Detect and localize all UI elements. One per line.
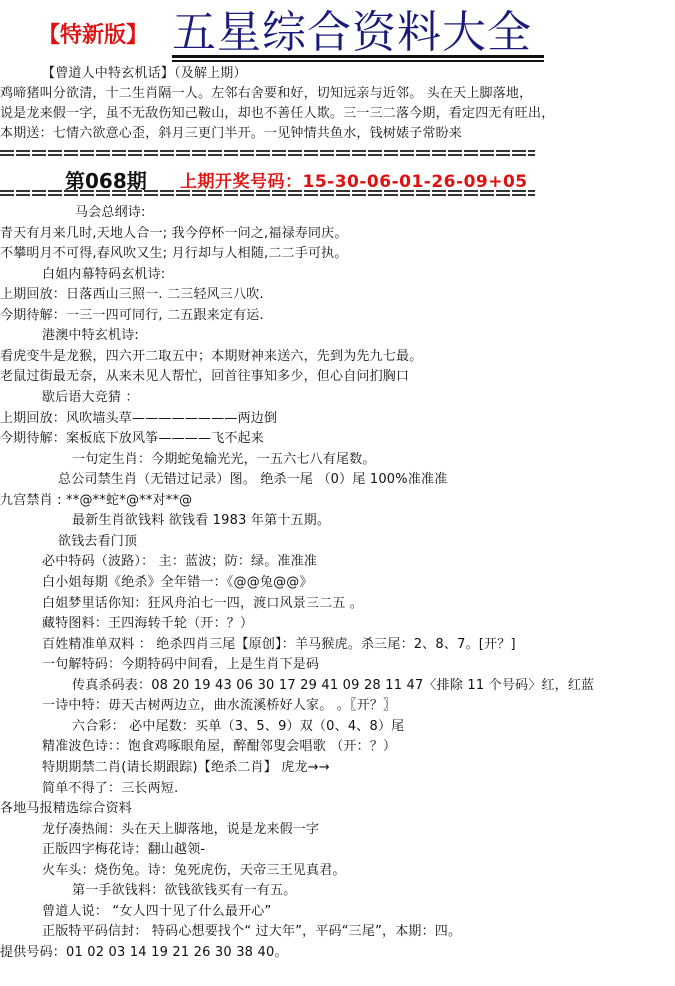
intro-line: 本期送：七情六欲意心歪，斜月三更门半开。一见钟情共鱼水，钱树婊子常盼来 (0, 126, 462, 142)
content-line: 一句解特码：今期特码中间看，上是生肖下是码 (42, 657, 319, 673)
content-line: 曾道人说： “女人四十见了什么最开心” (42, 904, 271, 920)
separator (0, 194, 535, 196)
content-line: 总公司禁生肖（无错过记录）图。 绝杀一尾 （0）尾 100%准准准 (58, 472, 447, 488)
content-line: 白姐内幕特码玄机诗: (42, 267, 165, 283)
content-line: 必中特码（波路）： 主：蓝波；防：绿。准准准 (42, 554, 317, 570)
separator (0, 150, 535, 152)
separator (0, 190, 535, 192)
content-line: 百姓精准单双料 ： 绝杀四肖三尾【原创】：羊马猴虎。杀三尾：2、8、7。[开？] (42, 637, 516, 653)
intro-heading: 【曾道人中特玄机话】（及解上期） (42, 66, 247, 82)
page-title: 五星综合资料大全 (172, 0, 532, 60)
content-line: 看虎变牛是龙猴，四六开二取五中；本期财神来送六，先到为先九七最。 (0, 349, 422, 365)
content-line: 简单不得了：三长两短. (42, 781, 178, 797)
content-line: 九宫禁肖 : **@**蛇*@**对**@ (0, 493, 192, 509)
content-line: 龙仔凑热闹：头在天上脚落地，说是龙来假一字 (42, 822, 319, 838)
content-line: 上期回放：风吹墙头草————————两边倒 (0, 411, 277, 427)
content-line: 港澳中特玄机诗: (42, 328, 139, 344)
title-underline (172, 55, 544, 58)
title-underline-2 (172, 60, 544, 62)
content-line: 白姐梦里话你知：狂风舟泊七一四，渡口风景三二五 。 (42, 596, 363, 612)
content-line: 提供号码：01 02 03 14 19 21 26 30 38 40。 (0, 945, 288, 961)
content-line: 六合彩： 必中尾数：买单（3、5、9）双（0、4、8）尾 (72, 719, 404, 735)
intro-line: 说是龙来假一字，虽不无敌伤知己鞍山，却也不善任人欺。三一三二落今期，看定四无有旺… (0, 106, 554, 122)
content-line: 传真杀码表：08 20 19 43 06 30 17 29 41 09 28 1… (72, 678, 594, 694)
content-line: 藏特图料：王四海转千轮（开：？） (42, 616, 253, 632)
content-line: 火车头：烧伤兔。诗：兔死虎伤，天帝三王见真君。 (42, 863, 346, 879)
content-line: 精准波色诗：：饱食鸡啄眼角屋，醉酣邻叟会唱歌 （开：？） (42, 739, 396, 755)
content-line: 欲钱去看门顶 (58, 534, 137, 550)
edition-tag: 【特新版】 (38, 18, 148, 49)
content-line: 不攀明月不可得,春风吹又生; 月行却与人相随,二二手可执。 (0, 246, 348, 262)
previous-result-label: 上期开奖号码： (180, 172, 303, 192)
content-line: 各地马报精选综合资料 (0, 801, 132, 817)
content-line: 今期待解：案板底下放风筝————飞不起来 (0, 431, 264, 447)
content-line: 老鼠过街最无奈，从来未见人帮忙，回首往事知多少，但心自问扪胸口 (0, 369, 409, 385)
previous-result: 上期开奖号码：15-30-06-01-26-09+05 (180, 167, 528, 192)
content-line: 第一手欲钱料：欲钱欲钱买有一有五。 (72, 883, 296, 899)
content-line: 一句定生肖：今期蛇兔输光光，一五六七八有尾数。 (72, 452, 376, 468)
content-line: 歇后语大竞猜 ： (42, 390, 139, 406)
content-line: 马会总纲诗: (75, 205, 146, 221)
content-line: 白小姐每期《绝杀》全年错一：《@@兔@@》 (42, 575, 313, 591)
intro-line: 鸡啼猪叫分欲清，十二生肖隔一人。左邻右舍要和好，切知远亲与近邻。 头在天上脚落地… (0, 86, 532, 102)
previous-result-numbers: 15-30-06-01-26-09+05 (303, 172, 528, 192)
content-line: 上期回放：日落西山三照一. 二三轻风三八吹. (0, 287, 264, 303)
content-line: 今期待解：一三一四可同行, 二五跟来定有运. (0, 308, 264, 324)
content-line: 正版四字梅花诗：翻山越领- (42, 842, 205, 858)
content-line: 最新生肖欲钱料 欲钱看 1983 年第十五期。 (72, 513, 330, 529)
content-line: 青天有月来几时,天地人合一; 我今停杯一问之,福禄寿同庆。 (0, 226, 348, 242)
separator (0, 154, 535, 156)
content-line: 特期期禁二肖(请长期跟踪)【绝杀二肖】 虎龙→→ (42, 760, 330, 776)
content-line: 一诗中特：毋天古树两边立，曲水流溪桥好人家。 。〖开？〗 (42, 698, 396, 714)
content-line: 正版特平码信封： 特码心想要找个“ 过大年”，平码“三尾”，本期：四。 (42, 924, 461, 940)
